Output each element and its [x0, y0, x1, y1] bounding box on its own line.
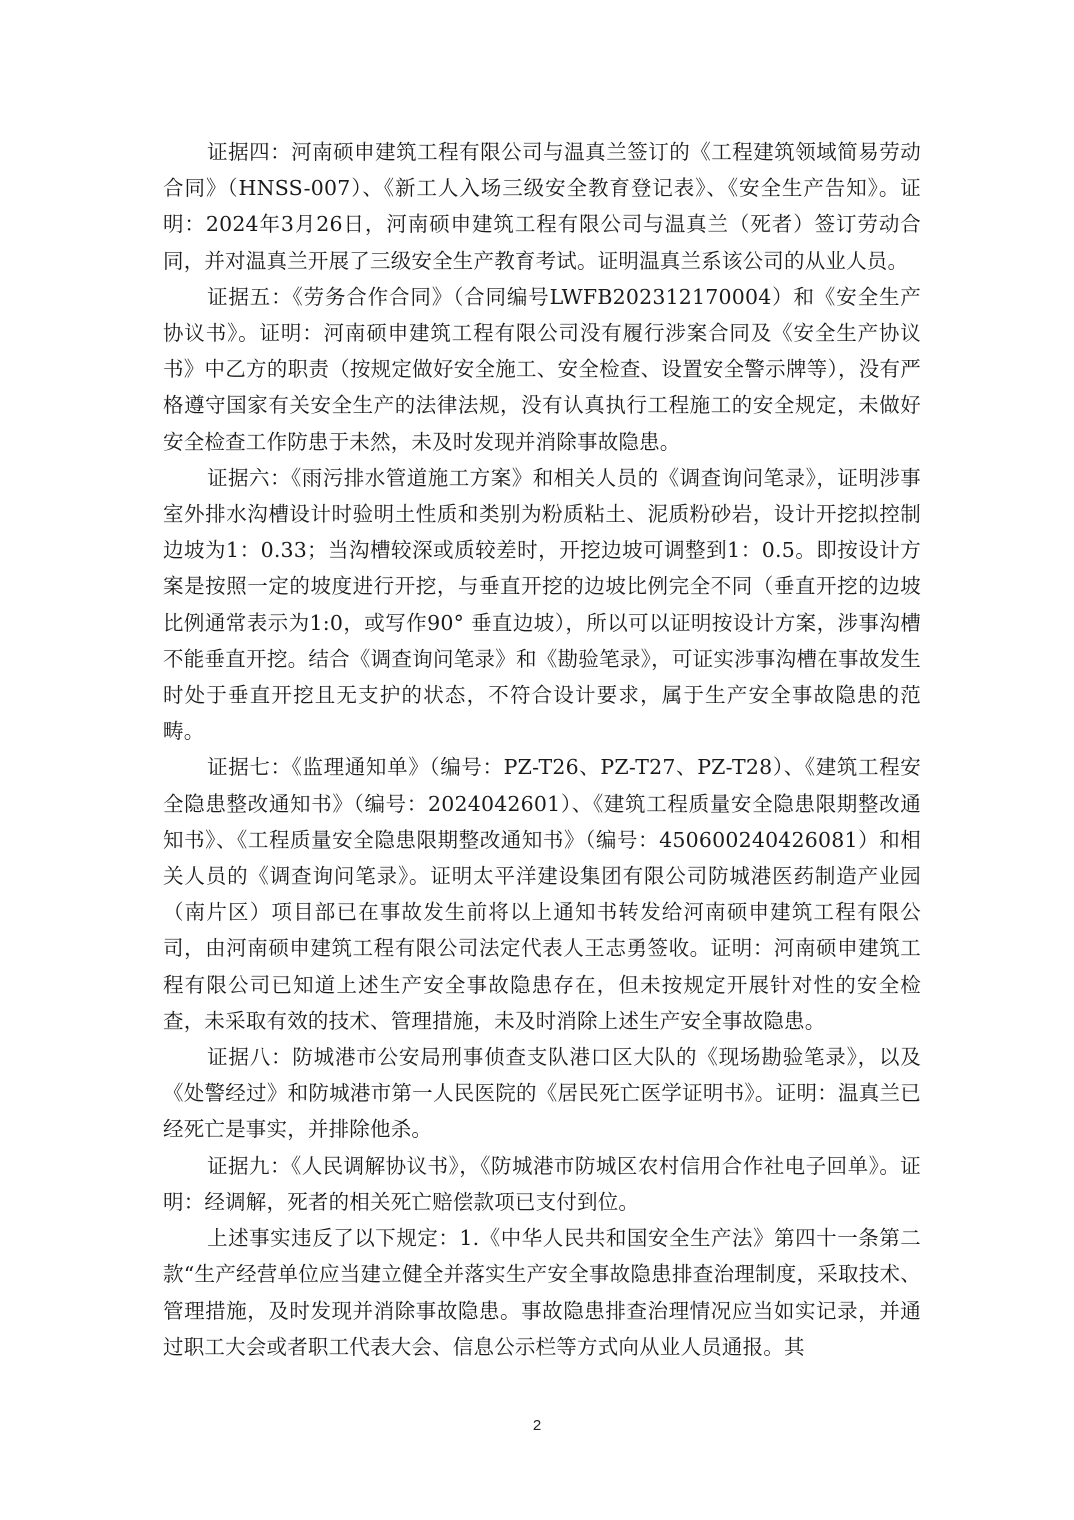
evidence-4-paragraph: 证据四：河南硕申建筑工程有限公司与温真兰签订的《工程建筑领域简易劳动合同》（HN… [163, 134, 921, 279]
evidence-9-paragraph: 证据九：《人民调解协议书》，《防城港市防城区农村信用合作社电子回单》。证明：经调… [163, 1148, 921, 1220]
violations-paragraph: 上述事实违反了以下规定：1.《中华人民共和国安全生产法》第四十一条第二款“生产经… [163, 1220, 921, 1365]
evidence-8-paragraph: 证据八：防城港市公安局刑事侦查支队港口区大队的《现场勘验笔录》，以及《处警经过》… [163, 1039, 921, 1148]
page-number: 2 [0, 1417, 1074, 1434]
evidence-5-paragraph: 证据五：《劳务合作合同》（合同编号LWFB202312170004）和《安全生产… [163, 279, 921, 460]
evidence-7-paragraph: 证据七：《监理通知单》（编号：PZ-T26、PZ-T27、PZ-T28）、《建筑… [163, 749, 921, 1039]
document-page: 证据四：河南硕申建筑工程有限公司与温真兰签订的《工程建筑领域简易劳动合同》（HN… [163, 134, 921, 1365]
evidence-6-paragraph: 证据六：《雨污排水管道施工方案》和相关人员的《调查询问笔录》，证明涉事室外排水沟… [163, 460, 921, 750]
